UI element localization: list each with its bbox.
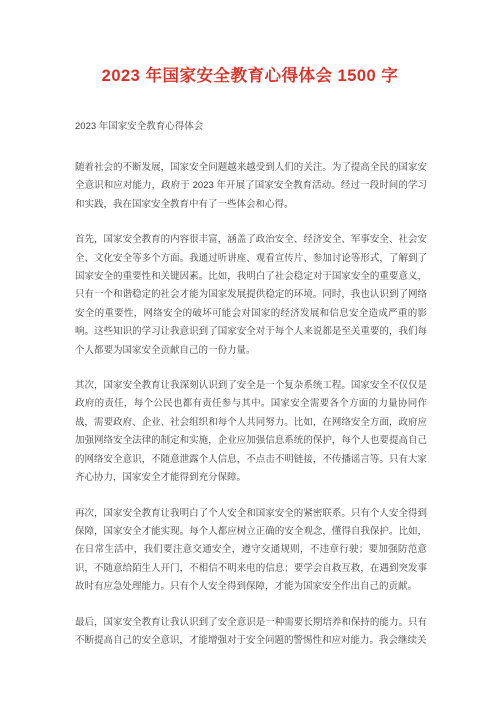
document-body: 随着社会的不断发展，国家安全问题越来越受到人们的关注。为了提高全民的国家安全意识… — [75, 159, 427, 650]
document-page: 2023 年国家安全教育心得体会 1500 字 2023 年国家安全教育心得体会… — [0, 0, 500, 707]
body-paragraph: 再次，国家安全教育让我明白了个人安全和国家安全的紧密联系。只有个人安全得到保障，… — [75, 505, 427, 597]
document-title: 2023 年国家安全教育心得体会 1500 字 — [40, 64, 460, 88]
body-paragraph: 随着社会的不断发展，国家安全问题越来越受到人们的关注。为了提高全民的国家安全意识… — [75, 159, 427, 214]
document-subtitle: 2023 年国家安全教育心得体会 — [75, 118, 427, 136]
body-paragraph: 最后，国家安全教育让我认识到了安全意识是一种需要长期培养和保持的能力。只有不断提… — [75, 614, 427, 651]
body-paragraph: 其次，国家安全教育让我深刻认识到了安全是一个复杂系统工程。国家安全不仅仅是政府的… — [75, 377, 427, 487]
body-paragraph: 首先，国家安全教育的内容很丰富，涵盖了政治安全、经济安全、军事安全、社会安全、文… — [75, 231, 427, 360]
